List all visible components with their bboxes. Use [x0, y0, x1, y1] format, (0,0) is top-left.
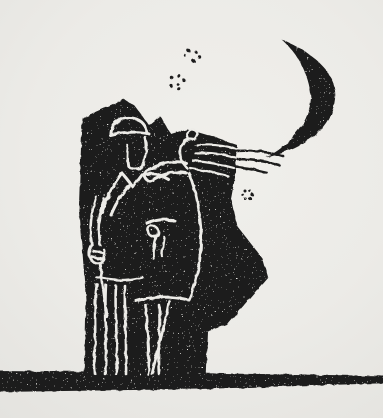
star-speck-2 — [170, 74, 186, 91]
star-speck-1 — [184, 49, 201, 62]
artwork-canvas — [0, 0, 383, 418]
crescent-moon-icon — [266, 39, 335, 157]
star-speck-3 — [241, 189, 253, 200]
ground-line — [0, 371, 383, 392]
woodcut-illustration — [0, 0, 383, 418]
print-layer — [0, 39, 383, 392]
couple-block — [79, 99, 268, 380]
